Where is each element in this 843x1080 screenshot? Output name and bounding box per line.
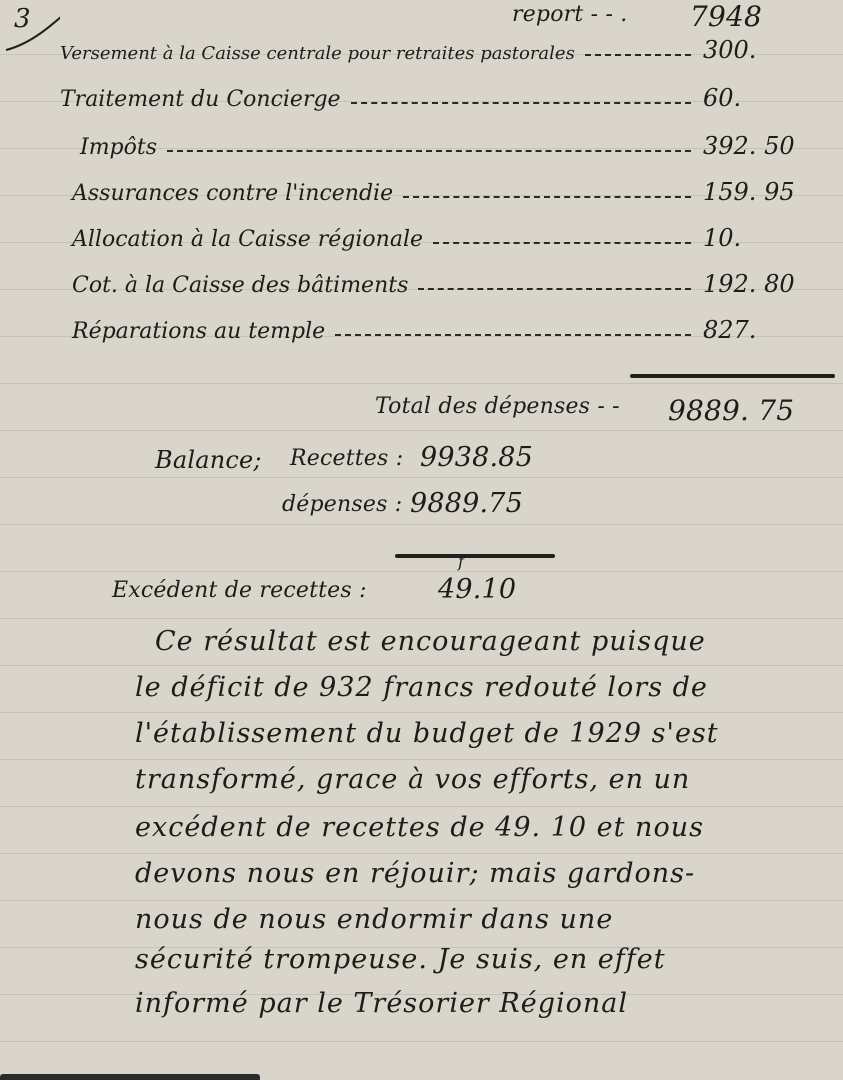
expense-amount: 192. 80 [703,270,813,298]
expense-row: Assurances contre l'incendie 159. 95 [60,170,813,206]
currency-mark: f [458,552,464,571]
expense-label: Cot. à la Caisse des bâtiments [72,273,408,298]
expense-row: Traitement du Concierge 60. [60,76,813,112]
expense-amount: 392. 50 [703,132,813,160]
expense-row: Cot. à la Caisse des bâtiments 192. 80 [60,262,813,298]
expense-row: Allocation à la Caisse régionale 10. [60,216,813,252]
leader-dots [167,150,691,152]
leader-dots [433,242,691,244]
leader-dots [403,196,691,198]
expense-label: Réparations au temple [72,319,325,344]
expense-amount: 300. [703,36,813,64]
paragraph-line: excédent de recettes de 49. 10 et nous [135,812,704,843]
page-number: 3 [14,4,31,34]
surplus-label: Excédent de recettes : [112,578,367,603]
paragraph-line: sécurité trompeuse. Je suis, en effet [135,944,666,975]
expense-amount: 10. [703,224,813,252]
paragraph-line: l'établissement du budget de 1929 s'est [135,718,719,749]
paragraph-line: le déficit de 932 francs redouté lors de [135,672,708,703]
ink-blot [0,1074,260,1080]
leader-dots [585,54,691,56]
expense-row: Versement à la Caisse centrale pour retr… [60,28,813,64]
expense-row: Impôts 392. 50 [60,124,813,160]
leader-dots [351,102,691,104]
paragraph-line: nous de nous endormir dans une [135,904,613,935]
balance-underline [395,554,555,558]
total-amount: 9889. 75 [668,394,794,427]
total-label: Total des dépenses - - [375,394,620,419]
leader-dots [418,288,691,290]
surplus-amount: 49.10 [438,574,516,605]
expense-label: Allocation à la Caisse régionale [72,227,423,252]
balance-label: Balance; [155,446,262,474]
expense-amount: 827. [703,316,813,344]
balance-expenses-amount: 9889.75 [410,488,523,519]
expense-label: Impôts [80,135,157,160]
paragraph-line: informé par le Trésorier Régional [135,988,628,1019]
handwritten-page: 3 report - - . 7948 Versement à la Caiss… [0,0,843,1080]
paragraph-line: devons nous en réjouir; mais gardons- [135,858,695,889]
balance-receipts-amount: 9938.85 [420,442,533,473]
expense-amount: 60. [703,84,813,112]
paragraph-line: transformé, grace à vos efforts, en un [135,764,690,795]
expense-row: Réparations au temple 827. [60,308,813,344]
balance-expenses-label: dépenses : [282,492,402,517]
paragraph-line: Ce résultat est encourageant puisque [155,626,706,657]
sum-underline [630,374,835,378]
expense-label: Versement à la Caisse centrale pour retr… [60,43,575,64]
expense-amount: 159. 95 [703,178,813,206]
balance-receipts-label: Recettes : [290,446,403,471]
expense-label: Assurances contre l'incendie [72,181,393,206]
expense-label: Traitement du Concierge [60,87,341,112]
leader-dots [335,334,691,336]
carry-forward-label: report - - . [512,2,627,27]
